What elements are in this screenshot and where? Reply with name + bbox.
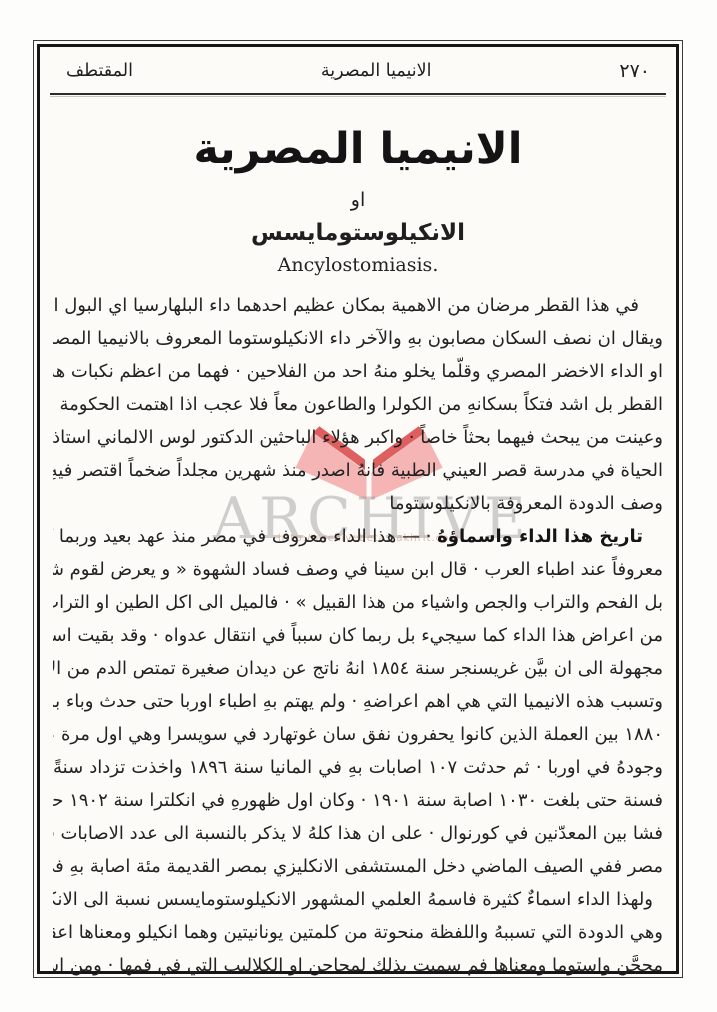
article-title-block: الانيميا المصرية او الانكيلوستومايسس Anc… — [40, 119, 676, 277]
text-line: فسنة حتى بلغت ١٠٣٠ اصابة سنة ١٩٠١ · وكان… — [53, 784, 663, 817]
text-line: ولهذا الداء اسماءٌ كثيرة فاسمهُ العلمي ا… — [53, 883, 663, 916]
article-subtitle-arabic: الانكيلوستومايسس — [40, 217, 676, 249]
article-subtitle-latin: Ancylostomiasis. — [40, 253, 676, 277]
page-border-frame-inner: ٢٧٠ الانيميا المصرية المقتطف الانيميا ال… — [37, 44, 679, 974]
text-line: وجودهُ في اوربا · ثم حدثت ١٠٧ اصابات بهِ… — [53, 751, 663, 784]
running-title: الانيميا المصرية — [321, 61, 432, 81]
paragraph: في هذا القطر مرضان من الاهمية بمكان عظيم… — [53, 289, 663, 520]
article-title: الانيميا المصرية — [40, 119, 676, 179]
page-border-frame: ٢٧٠ الانيميا المصرية المقتطف الانيميا ال… — [33, 40, 683, 978]
header-divider — [50, 93, 666, 97]
text-line: القطر بل اشد فتكاً بسكانهِ من الكولرا وا… — [53, 388, 663, 421]
text-line: في هذا القطر مرضان من الاهمية بمكان عظيم… — [53, 289, 663, 322]
text-line: الحياة في مدرسة قصر العيني الطبية فانهُ … — [53, 454, 663, 487]
scanned-page: { "header": { "page_number": "٢٧٠", "cen… — [0, 0, 717, 1012]
text-line: وهي الدودة التي تسببهُ واللفظة منحوتة من… — [53, 916, 663, 949]
magazine-name: المقتطف — [66, 61, 133, 81]
text-line: ١٨٨٠ بين العملة الذين كانوا يحفرون نفق س… — [53, 718, 663, 751]
text-line: مجهولة الى ان بيَّن غريسنجر سنة ١٨٥٤ انه… — [53, 652, 663, 685]
text-line: وصف الدودة المعروفة بالانكيلوستوما — [53, 487, 663, 520]
text-line: من اعراض هذا الداء كما سيجيء بل ربما كان… — [53, 619, 663, 652]
paragraph: ولهذا الداء اسماءٌ كثيرة فاسمهُ العلمي ا… — [53, 883, 663, 982]
or-word: او — [40, 187, 676, 213]
text-line: وعينت من يبحث فيهما بحثاً خاصاً · واكبر … — [53, 421, 663, 454]
text-line: تاريخ هذا الداء واسماؤهُ · — هذا الداء م… — [53, 520, 663, 553]
text-line: مصر ففي الصيف الماضي دخل المستشفى الانكل… — [53, 850, 663, 883]
text-line: معروفاً عند اطباء العرب · قال ابن سينا ف… — [53, 553, 663, 586]
page-number: ٢٧٠ — [619, 60, 650, 82]
text-line: او الداء الاخضر المصري وقلّما يخلو منهُ … — [53, 355, 663, 388]
text-line: ويقال ان نصف السكان مصابون بهِ والآخر دا… — [53, 322, 663, 355]
text-line: بل الفحم والتراب والجص واشياء من هذا الق… — [53, 586, 663, 619]
text-line: محجَّن واستوما ومعناها فم سميت بذلك لمحا… — [53, 949, 663, 982]
paragraph: تاريخ هذا الداء واسماؤهُ · — هذا الداء م… — [53, 520, 663, 883]
text-line: وتسبب هذه الانيميا التي هي اهم اعراضهِ ·… — [53, 685, 663, 718]
body-text: في هذا القطر مرضان من الاهمية بمكان عظيم… — [40, 289, 676, 982]
running-header: ٢٧٠ الانيميا المصرية المقتطف — [40, 47, 676, 93]
text-line: فشا بين المعدّنين في كورنوال · على ان هذ… — [53, 817, 663, 850]
